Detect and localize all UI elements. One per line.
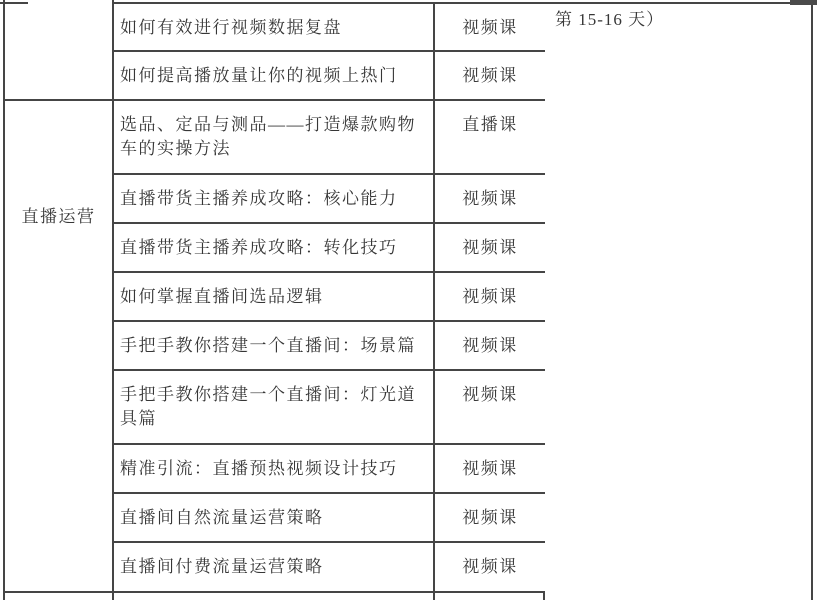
course-type: 视频课 xyxy=(462,66,518,85)
table-row: 如何掌握直播间选品逻辑视频课 xyxy=(112,273,545,322)
table-border-right xyxy=(811,2,813,600)
course-type: 视频课 xyxy=(462,557,518,576)
course-type: 视频课 xyxy=(462,385,518,404)
course-type: 直播课 xyxy=(462,115,518,134)
course-type-cell: 视频课 xyxy=(435,273,545,320)
course-name-cell: 直播带货主播养成攻略：核心能力 xyxy=(112,175,435,222)
table-border-top-fragment xyxy=(0,2,28,4)
course-name-cell: 精准引流：直播预热视频设计技巧 xyxy=(112,445,435,492)
course-name: 直播带货主播养成攻略：转化技巧 xyxy=(120,238,398,257)
course-name-cell: 如何有效进行视频数据复盘 xyxy=(112,4,435,50)
table-row: 直播间付费流量运营策略视频课 xyxy=(112,543,545,593)
table-row: 手把手教你搭建一个直播间：灯光道具篇视频课 xyxy=(112,371,545,445)
course-name: 直播带货主播养成攻略：核心能力 xyxy=(120,189,398,208)
day-note-cell: 第 15-16 天） xyxy=(547,4,811,600)
course-name: 选品、定品与测品——打造爆款购物车的实操方法 xyxy=(120,115,416,158)
category-label: 直播运营 xyxy=(22,205,96,229)
category-cell: 直播运营 xyxy=(5,101,112,593)
course-name-cell: 手把手教你搭建一个直播间：场景篇 xyxy=(112,322,435,369)
table-row: 直播间自然流量运营策略视频课 xyxy=(112,494,545,543)
course-type: 视频课 xyxy=(462,189,518,208)
table-divider-course-fragment xyxy=(433,593,435,600)
table-row: 直播带货主播养成攻略：核心能力视频课 xyxy=(112,175,545,224)
course-name-cell: 选品、定品与测品——打造爆款购物车的实操方法 xyxy=(112,101,435,173)
course-type-cell: 视频课 xyxy=(435,175,545,222)
course-name-cell: 直播带货主播养成攻略：转化技巧 xyxy=(112,224,435,271)
course-name-cell: 手把手教你搭建一个直播间：灯光道具篇 xyxy=(112,371,435,443)
course-name: 如何提高播放量让你的视频上热门 xyxy=(120,66,398,85)
table-row: 直播带货主播养成攻略：转化技巧视频课 xyxy=(112,224,545,273)
table-row: 手把手教你搭建一个直播间：场景篇视频课 xyxy=(112,322,545,371)
course-name-cell: 直播间付费流量运营策略 xyxy=(112,543,435,591)
course-type: 视频课 xyxy=(462,238,518,257)
table-row: 选品、定品与测品——打造爆款购物车的实操方法直播课 xyxy=(112,101,545,175)
table-row: 如何提高播放量让你的视频上热门视频课 xyxy=(112,52,545,101)
table-row: 精准引流：直播预热视频设计技巧视频课 xyxy=(112,445,545,494)
course-name: 手把手教你搭建一个直播间：场景篇 xyxy=(120,336,416,355)
course-type-cell: 视频课 xyxy=(435,224,545,271)
course-type: 视频课 xyxy=(462,287,518,306)
course-type-cell: 视频课 xyxy=(435,52,545,99)
course-type: 视频课 xyxy=(462,336,518,355)
course-type-cell: 视频课 xyxy=(435,445,545,492)
table-divider-type-fragment xyxy=(543,593,545,600)
course-type-cell: 直播课 xyxy=(435,101,545,173)
course-name: 直播间付费流量运营策略 xyxy=(120,557,324,576)
course-name: 精准引流：直播预热视频设计技巧 xyxy=(120,459,398,478)
course-type-cell: 视频课 xyxy=(435,322,545,369)
course-name: 手把手教你搭建一个直播间：灯光道具篇 xyxy=(120,385,416,428)
course-name: 直播间自然流量运营策略 xyxy=(120,508,324,527)
table-row: 如何有效进行视频数据复盘视频课 xyxy=(112,4,545,52)
course-name-cell: 如何提高播放量让你的视频上热门 xyxy=(112,52,435,99)
course-type: 视频课 xyxy=(462,459,518,478)
course-name: 如何掌握直播间选品逻辑 xyxy=(120,287,324,306)
course-type: 视频课 xyxy=(462,18,518,37)
course-type-cell: 视频课 xyxy=(435,543,545,591)
course-type-cell: 视频课 xyxy=(435,494,545,541)
course-name-cell: 如何掌握直播间选品逻辑 xyxy=(112,273,435,320)
course-name: 如何有效进行视频数据复盘 xyxy=(120,18,342,37)
day-note-text: 第 15-16 天） xyxy=(555,10,664,29)
course-type-cell: 视频课 xyxy=(435,4,545,50)
course-schedule-table: 直播运营 如何有效进行视频数据复盘视频课如何提高播放量让你的视频上热门视频课选品… xyxy=(0,0,817,600)
course-name-cell: 直播间自然流量运营策略 xyxy=(112,494,435,541)
course-type-cell: 视频课 xyxy=(435,371,545,443)
course-type: 视频课 xyxy=(462,508,518,527)
